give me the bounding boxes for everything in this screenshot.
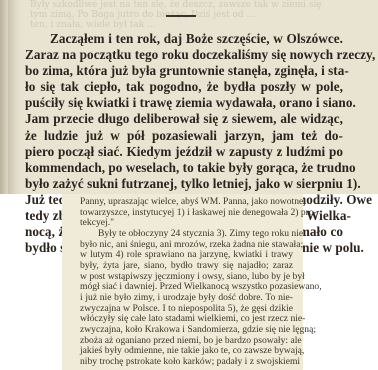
ghost-line: Były szkodliwe jest na ten się, że deszc… [30,0,370,10]
scanned-page-top-fragment: Były szkodliwe jest na ten się, że deszc… [0,0,378,194]
text-line: i już nie było zimy, i urodzaje były doś… [80,293,293,304]
text-line: piero począł siać. Kiedym jeździł w zapu… [25,144,343,160]
text-line: Jam przecie długo deliberował się z siew… [25,111,343,127]
text-line: kommendach, po weselach, to takie były g… [25,160,343,176]
text-line: bo zima, która już była gruntownie stanę… [25,63,343,79]
text-line: były, żyta jare, siano, bydło trawy się … [80,261,293,272]
section-divider [166,15,196,17]
text-line: że ludzie już w pół pozasiewali jarzyn, … [25,128,343,144]
text-line: było zażyć sukni futrzanej, tylko letnie… [25,176,343,192]
bottom-paragraph: Panny, upraszając wielce, abyś WM. Panna… [80,197,293,368]
ghost-line: tym zimą, Po Boga jutro do bieżąc, Dziś … [30,10,370,20]
text-line: puściły się kwiatki i trawę ziemia wydaw… [25,95,343,111]
text-line: Zaraz na początku tego roku doczekaliśmy… [25,47,343,63]
bleed-through-text: Były szkodliwe jest na ten się, że deszc… [30,0,370,30]
ghost-line: ten, i znała, wiele był tak ... [30,20,370,30]
text-line: ło się tak ciepło, tak pogodno, że bydła… [25,79,343,95]
text-line: zwyczajna, koło Krakowa i Sandomierza, g… [80,325,293,336]
scanned-page-bottom-fragment: Panny, upraszając wielce, abyś WM. Panna… [62,194,303,370]
page-binding-shadow [0,0,8,194]
text-line: Zacząłem i ten rok, daj Boże szczęście, … [25,31,343,47]
text-line: niby trochę pstrokate koło karków; padał… [80,357,293,368]
